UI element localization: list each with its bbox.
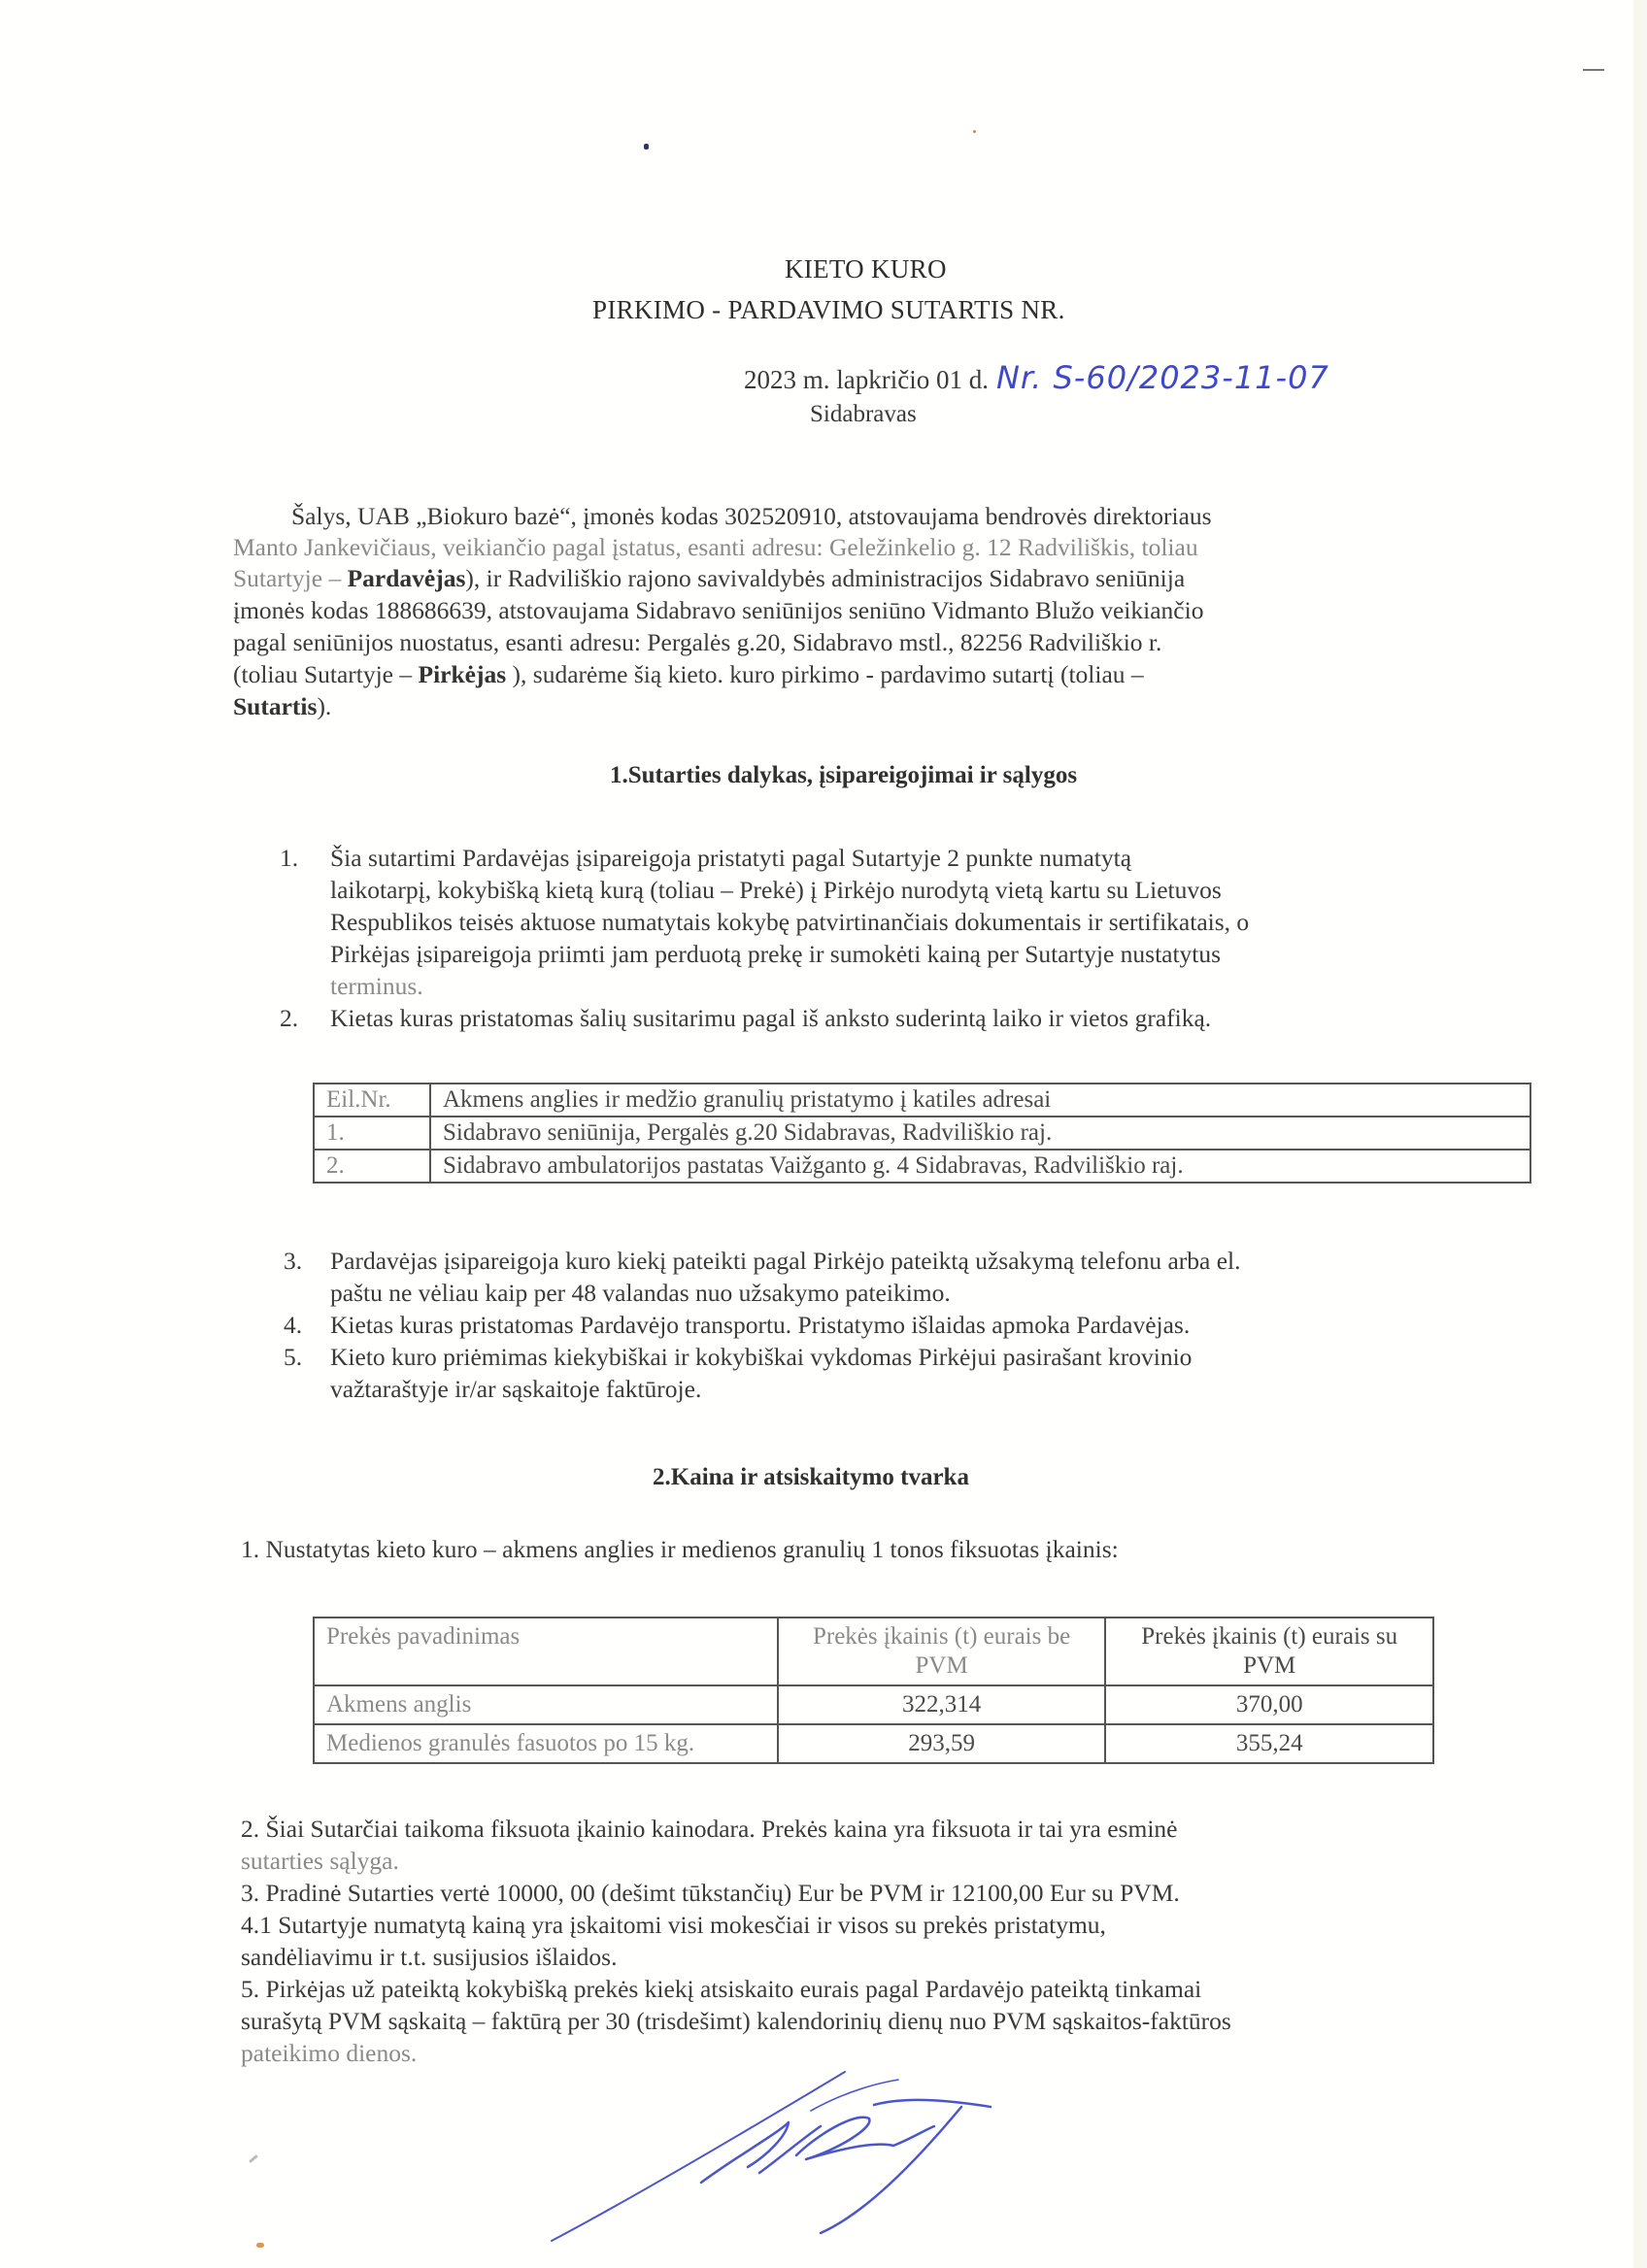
- contract-date-line: 2023 m. lapkričio 01 d.Nr. S-60/2023-11-…: [744, 359, 1329, 396]
- clause-2-5-line: 5. Pirkėjas už pateiktą kokybišką prekės…: [241, 1974, 1201, 2006]
- scan-mark: [1583, 69, 1604, 71]
- scan-speck: [973, 130, 976, 133]
- intro-line: Sutartyje – Pardavėjas), ir Radviliškio …: [233, 563, 1185, 595]
- clause-1-3-line: Pardavėjas įsipareigoja kuro kiekį patei…: [330, 1246, 1241, 1278]
- intro-line: Sutartis).: [233, 691, 331, 723]
- clause-2-4-line: sandėliavimu ir t.t. susijusios išlaidos…: [241, 1942, 617, 1974]
- table-row: 2. Sidabravo ambulatorijos pastatas Vaiž…: [314, 1150, 1530, 1183]
- clause-1-1-line: laikotarpį, kokybišką kietą kurą (toliau…: [330, 875, 1222, 907]
- handwritten-signature: [486, 2058, 1068, 2268]
- scan-speck: [256, 2243, 264, 2248]
- intro-line: pagal seniūnijos nuostatus, esanti adres…: [233, 627, 1161, 659]
- buyer-label: Pirkėjas: [419, 660, 507, 688]
- table-header-row: Prekės pavadinimas Prekės įkainis (t) eu…: [314, 1618, 1433, 1685]
- section-2-heading: 2.Kaina ir atsiskaitymo tvarka: [653, 1464, 969, 1491]
- clause-1-4-line: Kietas kuras pristatomas Pardavėjo trans…: [330, 1310, 1190, 1342]
- clause-2-3-line: 3. Pradinė Sutarties vertė 10000, 00 (de…: [241, 1878, 1180, 1910]
- clause-2-2-line: sutarties sąlyga.: [241, 1846, 399, 1878]
- contract-date: 2023 m. lapkričio 01 d.: [744, 365, 989, 394]
- scan-speck: [249, 2154, 258, 2163]
- table-header-row: Eil.Nr. Akmens anglies ir medžio granuli…: [314, 1084, 1530, 1117]
- clause-1-1-line: Pirkėjas įsipareigoja priimti jam perduo…: [330, 939, 1221, 971]
- title-line-1: KIETO KURO: [785, 254, 947, 284]
- scan-speck: [644, 144, 649, 150]
- scanned-contract-page: KIETO KURO PIRKIMO - PARDAVIMO SUTARTIS …: [0, 0, 1647, 2268]
- handwritten-registration-number: Nr. S-60/2023-11-07: [996, 359, 1329, 396]
- seller-label: Pardavėjas: [348, 564, 466, 592]
- clause-1-5-line: Kieto kuro priėmimas kiekybiškai ir koky…: [330, 1342, 1192, 1374]
- intro-line: (toliau Sutartyje – Pirkėjas ), sudarėme…: [233, 659, 1144, 691]
- table-row: 1. Sidabravo seniūnija, Pergalės g.20 Si…: [314, 1117, 1530, 1150]
- clause-2-1: 1. Nustatytas kieto kuro – akmens anglie…: [241, 1534, 1119, 1566]
- section-1-heading: 1.Sutarties dalykas, įsipareigojimai ir …: [610, 762, 1077, 789]
- clause-1-1-line: terminus.: [330, 971, 423, 1003]
- clause-2-4-line: 4.1 Sutartyje numatytą kainą yra įskaito…: [241, 1910, 1106, 1942]
- clause-2-2-line: 2. Šiai Sutarčiai taikoma fiksuota įkain…: [241, 1814, 1177, 1846]
- clause-1-5-line: važtaraštyje ir/ar sąskaitoje faktūroje.: [330, 1374, 701, 1406]
- clause-2-5-line: pateikimo dienos.: [241, 2038, 417, 2070]
- price-table: Prekės pavadinimas Prekės įkainis (t) eu…: [313, 1617, 1434, 1764]
- intro-line: įmonės kodas 188686639, atstovaujama Sid…: [233, 595, 1203, 627]
- scan-edge: [1633, 0, 1647, 2268]
- clause-2-5-line: surašytą PVM sąskaitą – faktūrą per 30 (…: [241, 2006, 1231, 2038]
- contract-place: Sidabravas: [810, 401, 917, 428]
- table-row: Akmens anglis 322,314 370,00: [314, 1685, 1433, 1724]
- clause-1-1-line: Šia sutartimi Pardavėjas įsipareigoja pr…: [330, 843, 1131, 875]
- title-line-2: PIRKIMO - PARDAVIMO SUTARTIS NR.: [592, 295, 1065, 325]
- clause-1-1-line: Respublikos teisės aktuose numatytais ko…: [330, 907, 1249, 939]
- delivery-address-table: Eil.Nr. Akmens anglies ir medžio granuli…: [313, 1083, 1531, 1184]
- table-row: Medienos granulės fasuotos po 15 kg. 293…: [314, 1724, 1433, 1763]
- intro-line: Manto Jankevičiaus, veikiančio pagal įst…: [233, 532, 1198, 564]
- intro-line: Šalys, UAB „Biokuro bazė“, įmonės kodas …: [291, 501, 1212, 533]
- clause-1-2-line: Kietas kuras pristatomas šalių susitarim…: [330, 1003, 1211, 1035]
- clause-1-3-line: paštu ne vėliau kaip per 48 valandas nuo…: [330, 1278, 951, 1310]
